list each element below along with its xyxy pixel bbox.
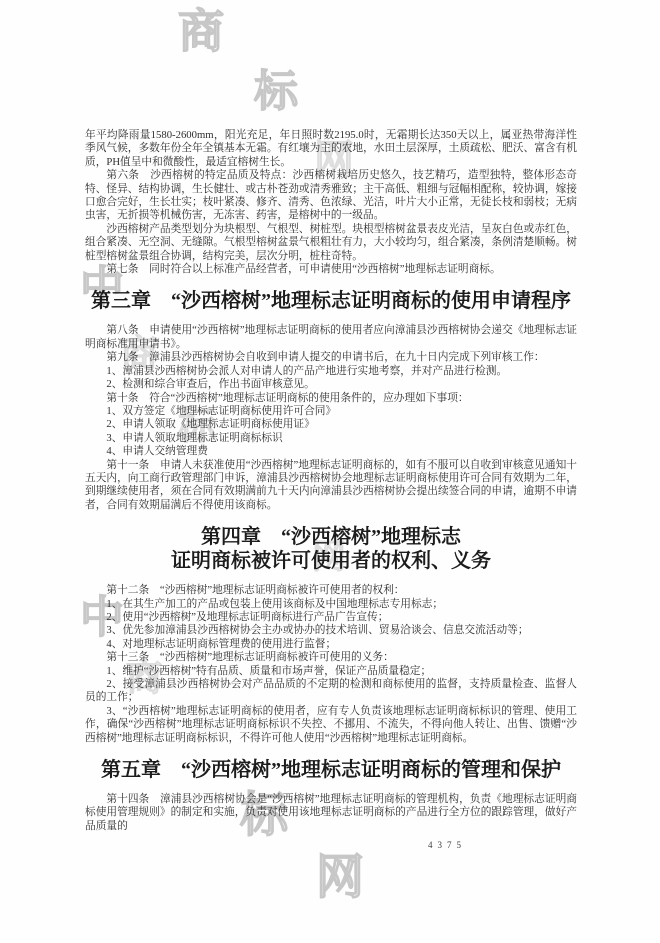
paragraph-article-13-item-1: 1、维护“沙西榕树”特有品质、质量和市场声誉，保证产品质量稳定； xyxy=(85,665,577,678)
chapter-5-heading: 第五章 “沙西榕树”地理标志证明商标的管理和保护 xyxy=(85,758,577,782)
paragraph-article-12: 第十二条 “沙西榕树”地理标志证明商标被许可使用者的权利： xyxy=(85,584,577,597)
paragraph-article-13-item-2: 2、接受漳浦县沙西榕树协会对产品品质的不定期的检测和商标使用的监督，支持质量检查… xyxy=(85,678,577,705)
paragraph-article-10-item-4: 4、申请人交纳管理费 xyxy=(85,445,577,458)
watermark-char: 网 xyxy=(316,854,364,902)
chapter-4-heading: 第四章 “沙西榕树”地理标志证明商标被许可使用者的权利、义务 xyxy=(85,525,577,573)
paragraph-article-12-item-2: 2、使用“沙西榕树”及地理标志证明商标进行产品广告宣传； xyxy=(85,611,577,624)
heading-line: 第四章 “沙西榕树”地理标志 xyxy=(85,525,577,549)
paragraph-article-14: 第十四条 漳浦县沙西榕树协会是“沙西榕树”地理标志证明商标的管理机构，负责《地理… xyxy=(85,793,577,833)
paragraph-article-9-item-2: 2、检测和综合审查后，作出书面审核意见。 xyxy=(85,378,577,391)
paragraph-product-types: 沙西榕树产品类型划分为块根型、气根型、树桩型。块根型榕树盆景表皮光洁，呈灰白色或… xyxy=(85,223,577,263)
paragraph-article-6: 第六条 沙西榕树的特定品质及特点：沙西榕树栽培历史悠久，技艺精巧，造型独特，整体… xyxy=(85,169,577,223)
document-body: 年平均降雨量1580-2600mm，阳光充足，年日照时数2195.0时，无霜期长… xyxy=(85,129,577,833)
paragraph-article-10-item-2: 2、申请人领取《地理标志证明商标使用证》 xyxy=(85,418,577,431)
heading-line: 第五章 “沙西榕树”地理标志证明商标的管理和保护 xyxy=(85,758,577,782)
heading-line: 证明商标被许可使用者的权利、义务 xyxy=(85,549,577,573)
heading-line: 第三章 “沙西榕树”地理标志证明商标的使用申请程序 xyxy=(85,289,577,313)
paragraph-article-12-item-3: 3、优先参加漳浦县沙西榕树协会主办或协办的技术培训、贸易洽谈会、信息交流活动等； xyxy=(85,624,577,637)
page-number: 4375 xyxy=(428,840,466,850)
paragraph-article-12-item-4: 4、对地理标志证明商标管理费的使用进行监督； xyxy=(85,638,577,651)
paragraph-article-10-item-3: 3、申请人领取地理标志证明商标标识 xyxy=(85,432,577,445)
paragraph-article-12-item-1: 1、在其生产加工的产品或包装上使用该商标及中国地理标志专用标志； xyxy=(85,598,577,611)
paragraph-article-9-item-1: 1、漳浦县沙西榕树协会派人对申请人的产品产地进行实地考察，并对产品进行检测。 xyxy=(85,365,577,378)
watermark-char: 标 xyxy=(254,70,298,114)
paragraph-article-13: 第十三条 “沙西榕树”地理标志证明商标被许可使用的义务： xyxy=(85,651,577,664)
paragraph-article-9: 第九条 漳浦县沙西榕树协会自收到申请人提交的申请书后，在九十日内完成下列审核工作… xyxy=(85,351,577,364)
document-page: 商标网中商标网中商标网 年平均降雨量1580-2600mm，阳光充足，年日照时数… xyxy=(0,0,660,943)
paragraph-climate-continued: 年平均降雨量1580-2600mm，阳光充足，年日照时数2195.0时，无霜期长… xyxy=(85,129,577,169)
watermark-char: 商 xyxy=(178,8,224,54)
paragraph-article-11: 第十一条 申请人未获准使用“沙西榕树”地理标志证明商标的，如有不服可以自收到审核… xyxy=(85,459,577,513)
paragraph-article-10: 第十条 符合“沙西榕树”地理标志证明商标的使用条件的，应办理如下事项： xyxy=(85,392,577,405)
paragraph-article-10-item-1: 1、双方签定《地理标志证明商标使用许可合同》 xyxy=(85,405,577,418)
paragraph-article-13-item-3: 3、“沙西榕树”地理标志证明商标的使用者，应有专人负责该地理标志证明商标标识的管… xyxy=(85,705,577,745)
paragraph-article-7: 第七条 同时符合以上标准产品经营者，可申请使用“沙西榕树”地理标志证明商标。 xyxy=(85,263,577,276)
chapter-3-heading: 第三章 “沙西榕树”地理标志证明商标的使用申请程序 xyxy=(85,289,577,313)
paragraph-article-8: 第八条 申请使用“沙西榕树”地理标志证明商标的使用者应向漳浦县沙西榕树协会递交《… xyxy=(85,324,577,351)
